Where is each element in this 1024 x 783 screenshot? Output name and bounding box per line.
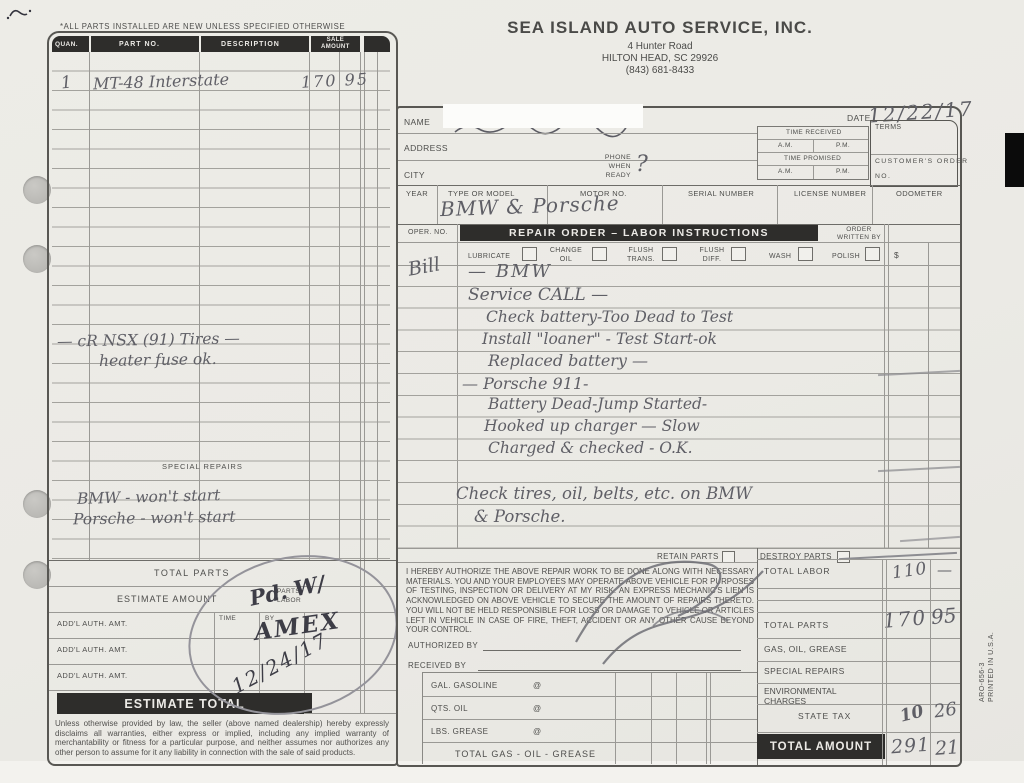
grid-line — [398, 133, 757, 134]
company-phone: (843) 681-8433 — [470, 65, 850, 76]
grid-line — [930, 559, 931, 765]
column-gap — [89, 36, 91, 52]
total-amount-bar: TOTAL AMOUNT — [757, 734, 885, 759]
tire-note-2: heater fuse ok. — [99, 350, 217, 370]
total-parts-label: TOTAL PARTS — [154, 568, 230, 578]
grid-line — [398, 242, 960, 243]
company-street: 4 Hunter Road — [470, 41, 850, 52]
total-labor-label: TOTAL LABOR — [764, 567, 830, 577]
col-quan: QUAN. — [55, 41, 78, 48]
gas-oil-grease-label: GAS, OIL, GREASE — [764, 645, 847, 655]
order-no-label: NO. — [875, 173, 891, 181]
col-part-no: PART NO. — [119, 41, 160, 49]
license-number-label: LICENSE NUMBER — [794, 190, 866, 199]
gal-gasoline-label: GAL. GASOLINE — [431, 681, 498, 690]
grid-line — [758, 152, 868, 153]
grid-line — [377, 52, 378, 560]
grid-line — [886, 559, 887, 765]
addl-auth-label: ADD'L AUTH. AMT. — [57, 620, 127, 629]
labor-line: Replaced battery — — [488, 351, 648, 370]
labor-line: Charged & checked - O.K. — [488, 439, 693, 457]
column-gap — [199, 36, 201, 52]
pm-label: P.M. — [836, 168, 850, 175]
signature-line — [483, 650, 741, 651]
form-number: ARO-656-3 — [978, 632, 987, 702]
total-labor-cents: — — [937, 561, 952, 579]
total-parts-value: 170 — [882, 605, 928, 633]
change-oil-label: CHANGE OIL — [548, 246, 584, 264]
total-labor-value: 110 — [891, 559, 929, 584]
company-header: SEA ISLAND AUTO SERVICE, INC. 4 Hunter R… — [470, 18, 850, 76]
special-note-2: Porsche - won't start — [73, 508, 236, 529]
vehicle-model-value: BMW & Porsche — [440, 191, 620, 221]
signature-line — [478, 670, 741, 671]
customers-order-label: CUSTOMER'S ORDER — [875, 158, 968, 166]
company-name: SEA ISLAND AUTO SERVICE, INC. — [470, 18, 850, 38]
ready-question-mark: ? — [636, 152, 648, 177]
time-promised-label: TIME PROMISED — [784, 155, 841, 162]
order-written-by-label: ORDER WRITTEN BY — [826, 226, 892, 242]
grid-line — [398, 185, 960, 186]
total-amount-label: TOTAL AMOUNT — [770, 741, 872, 753]
qts-oil-label: QTS. OIL — [431, 704, 468, 713]
at-sign: @ — [533, 681, 542, 690]
grid-line — [309, 52, 310, 560]
flush-diff-checkbox — [731, 247, 746, 261]
grid-line — [304, 713, 396, 714]
grid-line — [882, 559, 883, 765]
total-amount-value: 291 — [890, 734, 931, 759]
address-label: ADDRESS — [404, 144, 448, 154]
lubricate-checkbox — [522, 247, 537, 261]
col-description: DESCRIPTION — [221, 41, 280, 49]
authorized-by-label: AUTHORIZED BY — [408, 641, 478, 650]
oper-no-label: OPER. NO. — [408, 229, 448, 237]
pm-label: P.M. — [836, 142, 850, 149]
received-by-label: RECEIVED BY — [408, 661, 466, 670]
special-note-1: BMW - won't start — [77, 486, 221, 508]
signature-scrawl — [558, 546, 773, 671]
labor-line: Check tires, oil, belts, etc. on BMW — [456, 484, 752, 503]
tire-note-1: — cR NSX (91) Tires — — [57, 329, 240, 350]
grid-line — [199, 52, 200, 560]
labor-line: Hooked up charger — Slow — [484, 417, 700, 435]
wash-label: WASH — [769, 253, 791, 261]
grid-line — [888, 224, 889, 548]
grid-line — [423, 742, 758, 743]
state-tax-label: STATE TAX — [798, 712, 851, 722]
grid-line — [871, 154, 957, 155]
grid-line — [928, 242, 929, 548]
col-sale-amount: SALE AMOUNT — [321, 37, 350, 51]
phone-when-ready-label: PHONE WHEN READY — [597, 154, 631, 180]
grid-line — [710, 673, 711, 764]
labor-title-bar: REPAIR ORDER – LABOR INSTRUCTIONS — [460, 225, 818, 241]
parts-form: QUAN. PART NO. DESCRIPTION SALE AMOUNT 1… — [47, 31, 398, 766]
pen-scribble — [6, 4, 42, 22]
flush-trans-checkbox — [662, 247, 677, 261]
column-gap — [360, 36, 364, 52]
grid-line — [813, 139, 814, 152]
special-repairs-label: SPECIAL REPAIRS — [162, 463, 243, 472]
wash-checkbox — [798, 247, 813, 261]
state-tax-cents: 26 — [933, 699, 959, 723]
repair-order-form: NAME ADDRESS CITY PHONE WHEN READY ? DAT… — [396, 106, 962, 767]
total-amount-cents: 21 — [934, 736, 960, 760]
grid-line — [872, 185, 873, 224]
labor-line: & Porsche. — [474, 507, 566, 526]
serial-number-label: SERIAL NUMBER — [688, 190, 754, 199]
terms-order-box: TERMS CUSTOMER'S ORDER NO. — [870, 120, 958, 187]
total-parts-cents: 95 — [930, 603, 957, 629]
flush-diff-label: FLUSH DIFF. — [696, 246, 728, 264]
city-label: CITY — [404, 171, 425, 181]
grid-line — [813, 165, 814, 179]
date-label: DATE — [847, 114, 871, 124]
entry-amount: 170 95 — [301, 69, 370, 92]
time-received-box: TIME RECEIVED A.M. P.M. TIME PROMISED A.… — [757, 126, 869, 180]
at-sign: @ — [533, 727, 542, 736]
company-city: HILTON HEAD, SC 29926 — [470, 53, 850, 64]
state-tax-value: 10 — [898, 701, 926, 726]
labor-title: REPAIR ORDER – LABOR INSTRUCTIONS — [509, 227, 769, 239]
at-sign: @ — [533, 704, 542, 713]
labor-line: Service CALL — — [468, 285, 608, 305]
entry-quan: 1 — [60, 72, 73, 93]
flush-trans-label: FLUSH TRANS. — [624, 246, 658, 264]
scanned-repair-order: *ALL PARTS INSTALLED ARE NEW UNLESS SPEC… — [0, 0, 1024, 783]
addl-auth-label: ADD'L AUTH. AMT. — [57, 672, 127, 681]
labor-line: Battery Dead-Jump Started- — [488, 395, 707, 413]
scan-black-patch — [1005, 133, 1024, 187]
labor-line: — Porsche 911- — [462, 374, 588, 393]
grid-line — [339, 52, 340, 560]
addl-auth-label: ADD'L AUTH. AMT. — [57, 646, 127, 655]
time-received-label: TIME RECEIVED — [786, 129, 842, 136]
grid-line — [423, 696, 758, 697]
terms-label: TERMS — [875, 124, 902, 132]
form-number-sidebar: ARO-656-3 PRINTED IN U.S.A. — [978, 632, 996, 702]
grid-line — [398, 160, 757, 161]
polish-checkbox — [865, 247, 880, 261]
total-parts-label: TOTAL PARTS — [764, 621, 829, 631]
grid-line — [89, 52, 90, 560]
special-repairs-total-label: SPECIAL REPAIRS — [764, 667, 845, 677]
grid-line — [662, 185, 663, 224]
polish-label: POLISH — [832, 253, 860, 261]
am-label: A.M. — [778, 142, 793, 149]
labor-line: Install "loaner" - Test Start-ok — [482, 330, 717, 348]
grid-line — [651, 673, 652, 764]
lbs-grease-label: LBS. GREASE — [431, 727, 488, 736]
grid-line — [777, 185, 778, 224]
lubricate-label: LUBRICATE — [468, 253, 510, 261]
disclaimer-text: Unless otherwise provided by law, the se… — [55, 719, 389, 757]
total-gas-oil-grease-label: TOTAL GAS - OIL - GREASE — [455, 749, 596, 759]
column-gap — [309, 36, 311, 52]
dollar-sign: $ — [894, 251, 899, 261]
estimate-amount-label: ESTIMATE AMOUNT — [117, 594, 217, 604]
grid-line — [437, 185, 438, 224]
grid-line — [615, 673, 616, 764]
am-label: A.M. — [778, 168, 793, 175]
printed-in-usa: PRINTED IN U.S.A. — [987, 632, 996, 702]
redaction-box — [443, 104, 643, 128]
grid-line — [423, 719, 758, 720]
gas-table: GAL. GASOLINE @ QTS. OIL @ LBS. GREASE @… — [422, 672, 758, 764]
grid-line — [884, 224, 885, 548]
year-label: YEAR — [406, 190, 428, 199]
grid-line — [676, 673, 677, 764]
odometer-label: ODOMETER — [896, 190, 943, 199]
labor-line: — BMW — [468, 261, 552, 282]
grid-line — [706, 673, 707, 764]
change-oil-checkbox — [592, 247, 607, 261]
labor-line: Check battery-Too Dead to Test — [486, 308, 733, 326]
name-label: NAME — [404, 118, 430, 128]
